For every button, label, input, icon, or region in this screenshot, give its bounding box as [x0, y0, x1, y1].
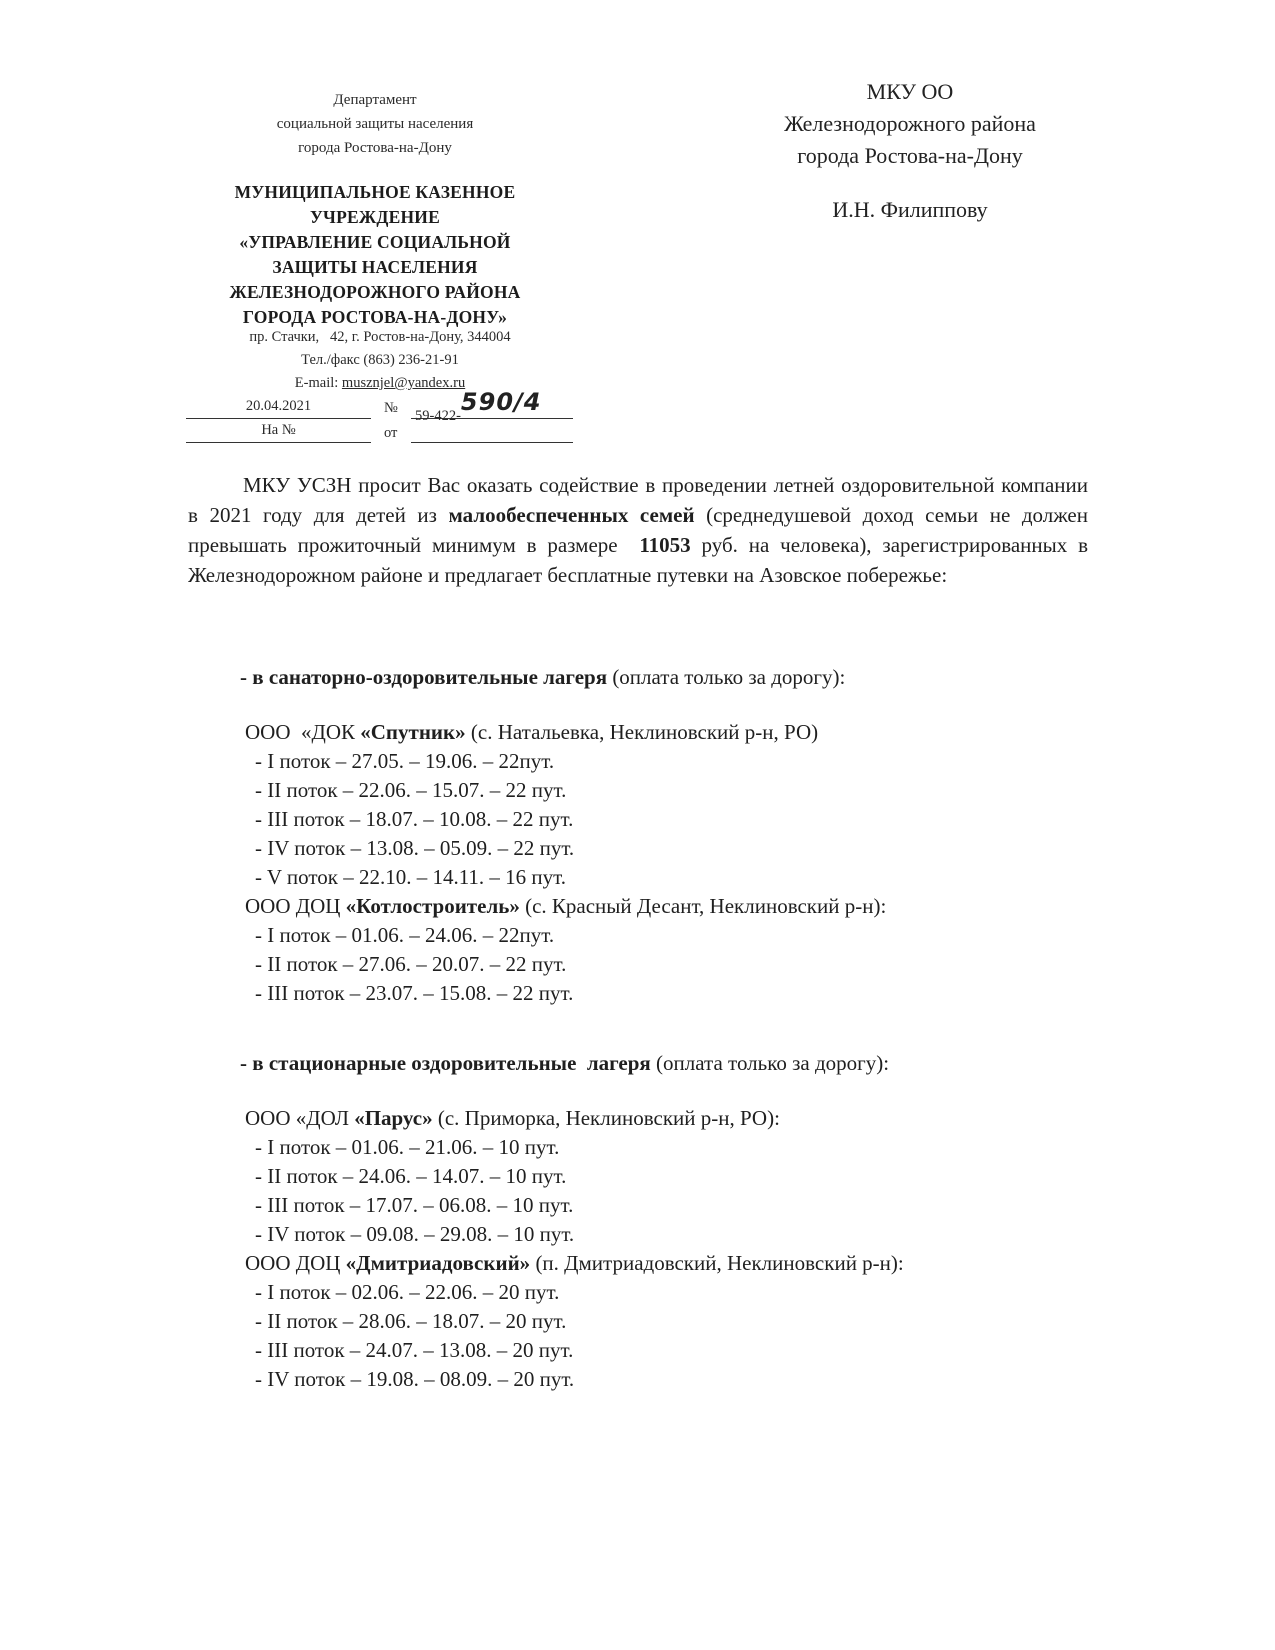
ref-date-field — [411, 422, 573, 443]
camp-location: (с. Красный Десант, Неклиновский р-н): — [520, 894, 886, 918]
camp-shift: - IV поток – 13.08. – 05.09. – 22 пут. — [245, 834, 818, 863]
camp-shift: - III поток – 24.07. – 13.08. – 20 пут. — [245, 1336, 904, 1365]
camp-name: «Котлостроитель» — [346, 894, 520, 918]
sender-address: пр. Стачки, 42, г. Ростов-на-Дону, 34400… — [185, 326, 575, 349]
camp-shift: - I поток – 01.06. – 21.06. – 10 пут. — [245, 1133, 780, 1162]
reg-number-field: 59-422-590/4 — [411, 398, 573, 419]
camp-prefix: ООО ДОЦ — [245, 894, 346, 918]
sender-organization: МУНИЦИПАЛЬНОЕ КАЗЕННОЕ УЧРЕЖДЕНИЕ «УПРАВ… — [185, 180, 565, 330]
camp-shift: - III поток – 23.07. – 15.08. – 22 пут. — [245, 979, 886, 1008]
letter-body: МКУ УСЗН просит Вас оказать содействие в… — [188, 470, 1088, 590]
email-link[interactable]: musznjel@yandex.ru — [342, 375, 465, 391]
registration-block: 20.04.2021 № 59-422-590/4 На № от — [186, 398, 586, 448]
camp-location: (с. Натальевка, Неклиновский р-н, РО) — [466, 720, 818, 744]
addressee-name: И.Н. Филиппову — [720, 194, 1100, 226]
camp-shift: - I поток – 01.06. – 24.06. – 22пут. — [245, 921, 886, 950]
org-line: «УПРАВЛЕНИЕ СОЦИАЛЬНОЙ — [185, 230, 565, 255]
ref-from-label: от — [384, 425, 397, 442]
camp-header: ООО «ДОЛ «Парус» (с. Приморка, Неклиновс… — [245, 1104, 780, 1133]
camp-shift: - II поток – 24.06. – 14.07. – 10 пут. — [245, 1162, 780, 1191]
camp-shift: - II поток – 28.06. – 18.07. – 20 пут. — [245, 1307, 904, 1336]
camp-header: ООО «ДОК «Спутник» (с. Натальевка, Некли… — [245, 718, 818, 747]
camp-prefix: ООО «ДОК — [245, 720, 360, 744]
camp-shift: - V поток – 22.10. – 14.11. – 16 пут. — [245, 863, 818, 892]
camp-shift: - I поток – 02.06. – 22.06. – 20 пут. — [245, 1278, 904, 1307]
reg-number-sign: № — [384, 400, 398, 417]
camp-shift: - III поток – 18.07. – 10.08. – 22 пут. — [245, 805, 818, 834]
camp-header: ООО ДОЦ «Дмитриадовский» (п. Дмитриадовс… — [245, 1249, 904, 1278]
reg-date-field: 20.04.2021 — [186, 398, 371, 419]
camp-shift: - IV поток – 19.08. – 08.09. – 20 пут. — [245, 1365, 904, 1394]
org-line: ЖЕЛЕЗНОДОРОЖНОГО РАЙОНА — [185, 280, 565, 305]
reg-date: 20.04.2021 — [246, 398, 311, 414]
camp-header: ООО ДОЦ «Котлостроитель» (с. Красный Дес… — [245, 892, 886, 921]
body-bold-low-income: малообеспеченных семей — [448, 503, 694, 527]
camp-parus: ООО «ДОЛ «Парус» (с. Приморка, Неклиновс… — [245, 1104, 780, 1249]
addressee-line: города Ростова-на-Дону — [720, 140, 1100, 172]
addressee-line: Железнодорожного района — [720, 108, 1100, 140]
section-stationary-title: - в стационарные оздоровительные лагеря … — [240, 1048, 889, 1078]
camp-shift: - IV поток – 09.08. – 29.08. – 10 пут. — [245, 1220, 780, 1249]
section-title-bold: - в стационарные оздоровительные лагеря — [240, 1051, 651, 1075]
sender-phone: Тел./факс (863) 236-21-91 — [185, 349, 575, 372]
camp-shift: - I поток – 27.05. – 19.06. – 22пут. — [245, 747, 818, 776]
section-title-note: (оплата только за дорогу): — [651, 1051, 889, 1075]
department-line: Департамент — [185, 88, 565, 112]
org-line: МУНИЦИПАЛЬНОЕ КАЗЕННОЕ — [185, 180, 565, 205]
department-line: социальной защиты населения — [185, 112, 565, 136]
addressee: МКУ ОО Железнодорожного района города Ро… — [720, 76, 1100, 226]
email-label: E-mail: — [295, 375, 342, 391]
camp-prefix: ООО ДОЦ — [245, 1251, 346, 1275]
body-bold-amount: 11053 — [639, 533, 690, 557]
camp-shift: - II поток – 22.06. – 15.07. – 22 пут. — [245, 776, 818, 805]
camp-name: «Спутник» — [360, 720, 465, 744]
sender-department: Департамент социальной защиты населения … — [185, 88, 565, 160]
camp-name: «Дмитриадовский» — [346, 1251, 531, 1275]
camp-sputnik: ООО «ДОК «Спутник» (с. Натальевка, Некли… — [245, 718, 818, 892]
camp-shift: - III поток – 17.07. – 06.08. – 10 пут. — [245, 1191, 780, 1220]
sender-contacts: пр. Стачки, 42, г. Ростов-на-Дону, 34400… — [185, 326, 575, 395]
org-line: УЧРЕЖДЕНИЕ — [185, 205, 565, 230]
camp-location: (п. Дмитриадовский, Неклиновский р-н): — [530, 1251, 904, 1275]
section-sanatorium-title: - в санаторно-оздоровительные лагеря (оп… — [240, 662, 845, 692]
reg-number-handwritten: 590/4 — [461, 388, 542, 416]
camp-dmitriadovsky: ООО ДОЦ «Дмитриадовский» (п. Дмитриадовс… — [245, 1249, 904, 1394]
body-paragraph: МКУ УСЗН просит Вас оказать содействие в… — [188, 470, 1088, 590]
camp-prefix: ООО «ДОЛ — [245, 1106, 354, 1130]
ref-number-field: На № — [186, 422, 371, 443]
addressee-line: МКУ ОО — [720, 76, 1100, 108]
department-line: города Ростова-на-Дону — [185, 136, 565, 160]
camp-shift: - II поток – 27.06. – 20.07. – 22 пут. — [245, 950, 886, 979]
camp-kotlostroitel: ООО ДОЦ «Котлостроитель» (с. Красный Дес… — [245, 892, 886, 1008]
camp-name: «Парус» — [354, 1106, 432, 1130]
section-title-note: (оплата только за дорогу): — [607, 665, 845, 689]
ref-label: На № — [261, 422, 295, 438]
org-line: ЗАЩИТЫ НАСЕЛЕНИЯ — [185, 255, 565, 280]
section-title-bold: - в санаторно-оздоровительные лагеря — [240, 665, 607, 689]
camp-location: (с. Приморка, Неклиновский р-н, РО): — [433, 1106, 780, 1130]
